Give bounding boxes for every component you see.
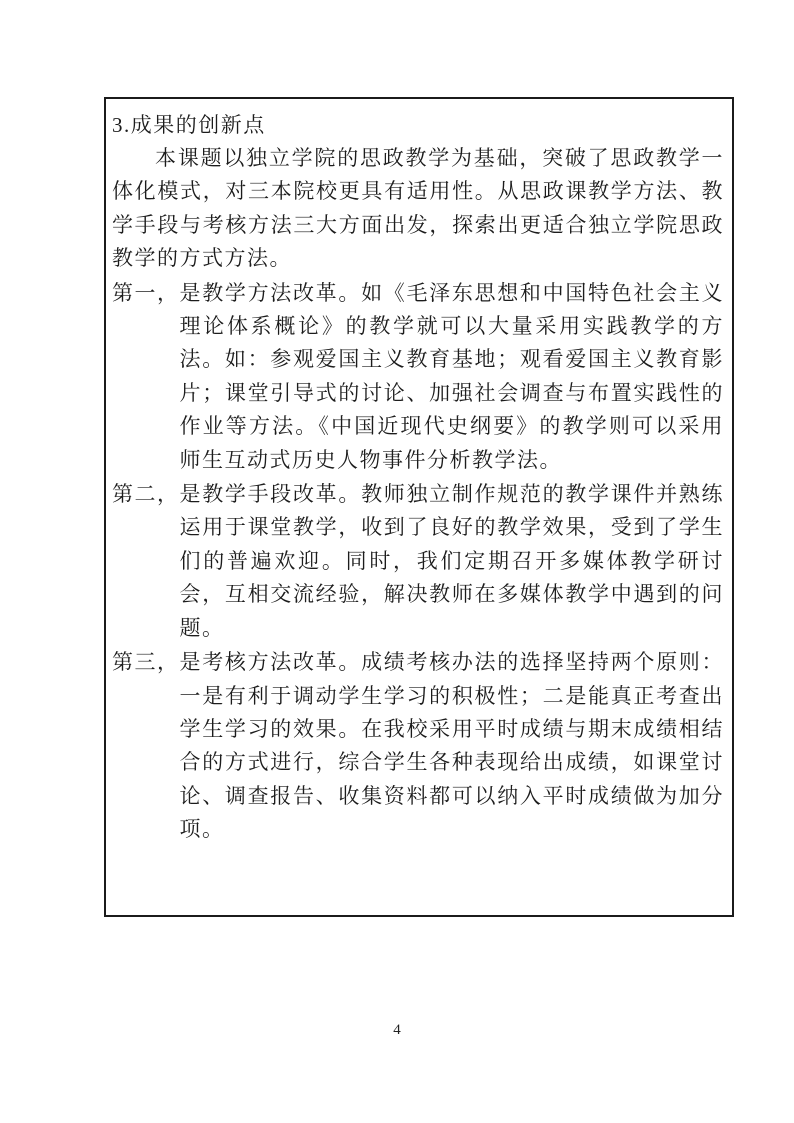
list-item: 第一， 是教学方法改革。如《毛泽东思想和中国特色社会主义理论体系概论》的教学就可… (112, 277, 724, 477)
document-page: 3.成果的创新点 本课题以独立学院的思政教学为基础，突破了思政教学一体化模式，对… (0, 0, 794, 1123)
list-item: 第二， 是教学手段改革。教师独立制作规范的教学课件并熟练运用于课堂教学，收到了良… (112, 478, 724, 645)
content-cell: 3.成果的创新点 本课题以独立学院的思政教学为基础，突破了思政教学一体化模式，对… (104, 97, 734, 917)
list-item-label: 第二， (112, 478, 180, 511)
list-item-text: 是考核方法改革。成绩考核办法的选择坚持两个原则：一是有利于调动学生学习的积极性；… (180, 646, 725, 846)
list-item-text: 是教学手段改革。教师独立制作规范的教学课件并熟练运用于课堂教学，收到了良好的教学… (180, 478, 725, 645)
intro-paragraph: 本课题以独立学院的思政教学为基础，突破了思政教学一体化模式，对三本院校更具有适用… (112, 142, 724, 276)
page-number: 4 (0, 1022, 794, 1039)
section-title: 3.成果的创新点 (112, 108, 724, 142)
list-item-label: 第三， (112, 646, 180, 679)
list-item: 第三， 是考核方法改革。成绩考核办法的选择坚持两个原则：一是有利于调动学生学习的… (112, 646, 724, 846)
list-item-label: 第一， (112, 277, 180, 310)
list-item-text: 是教学方法改革。如《毛泽东思想和中国特色社会主义理论体系概论》的教学就可以大量采… (180, 277, 725, 477)
